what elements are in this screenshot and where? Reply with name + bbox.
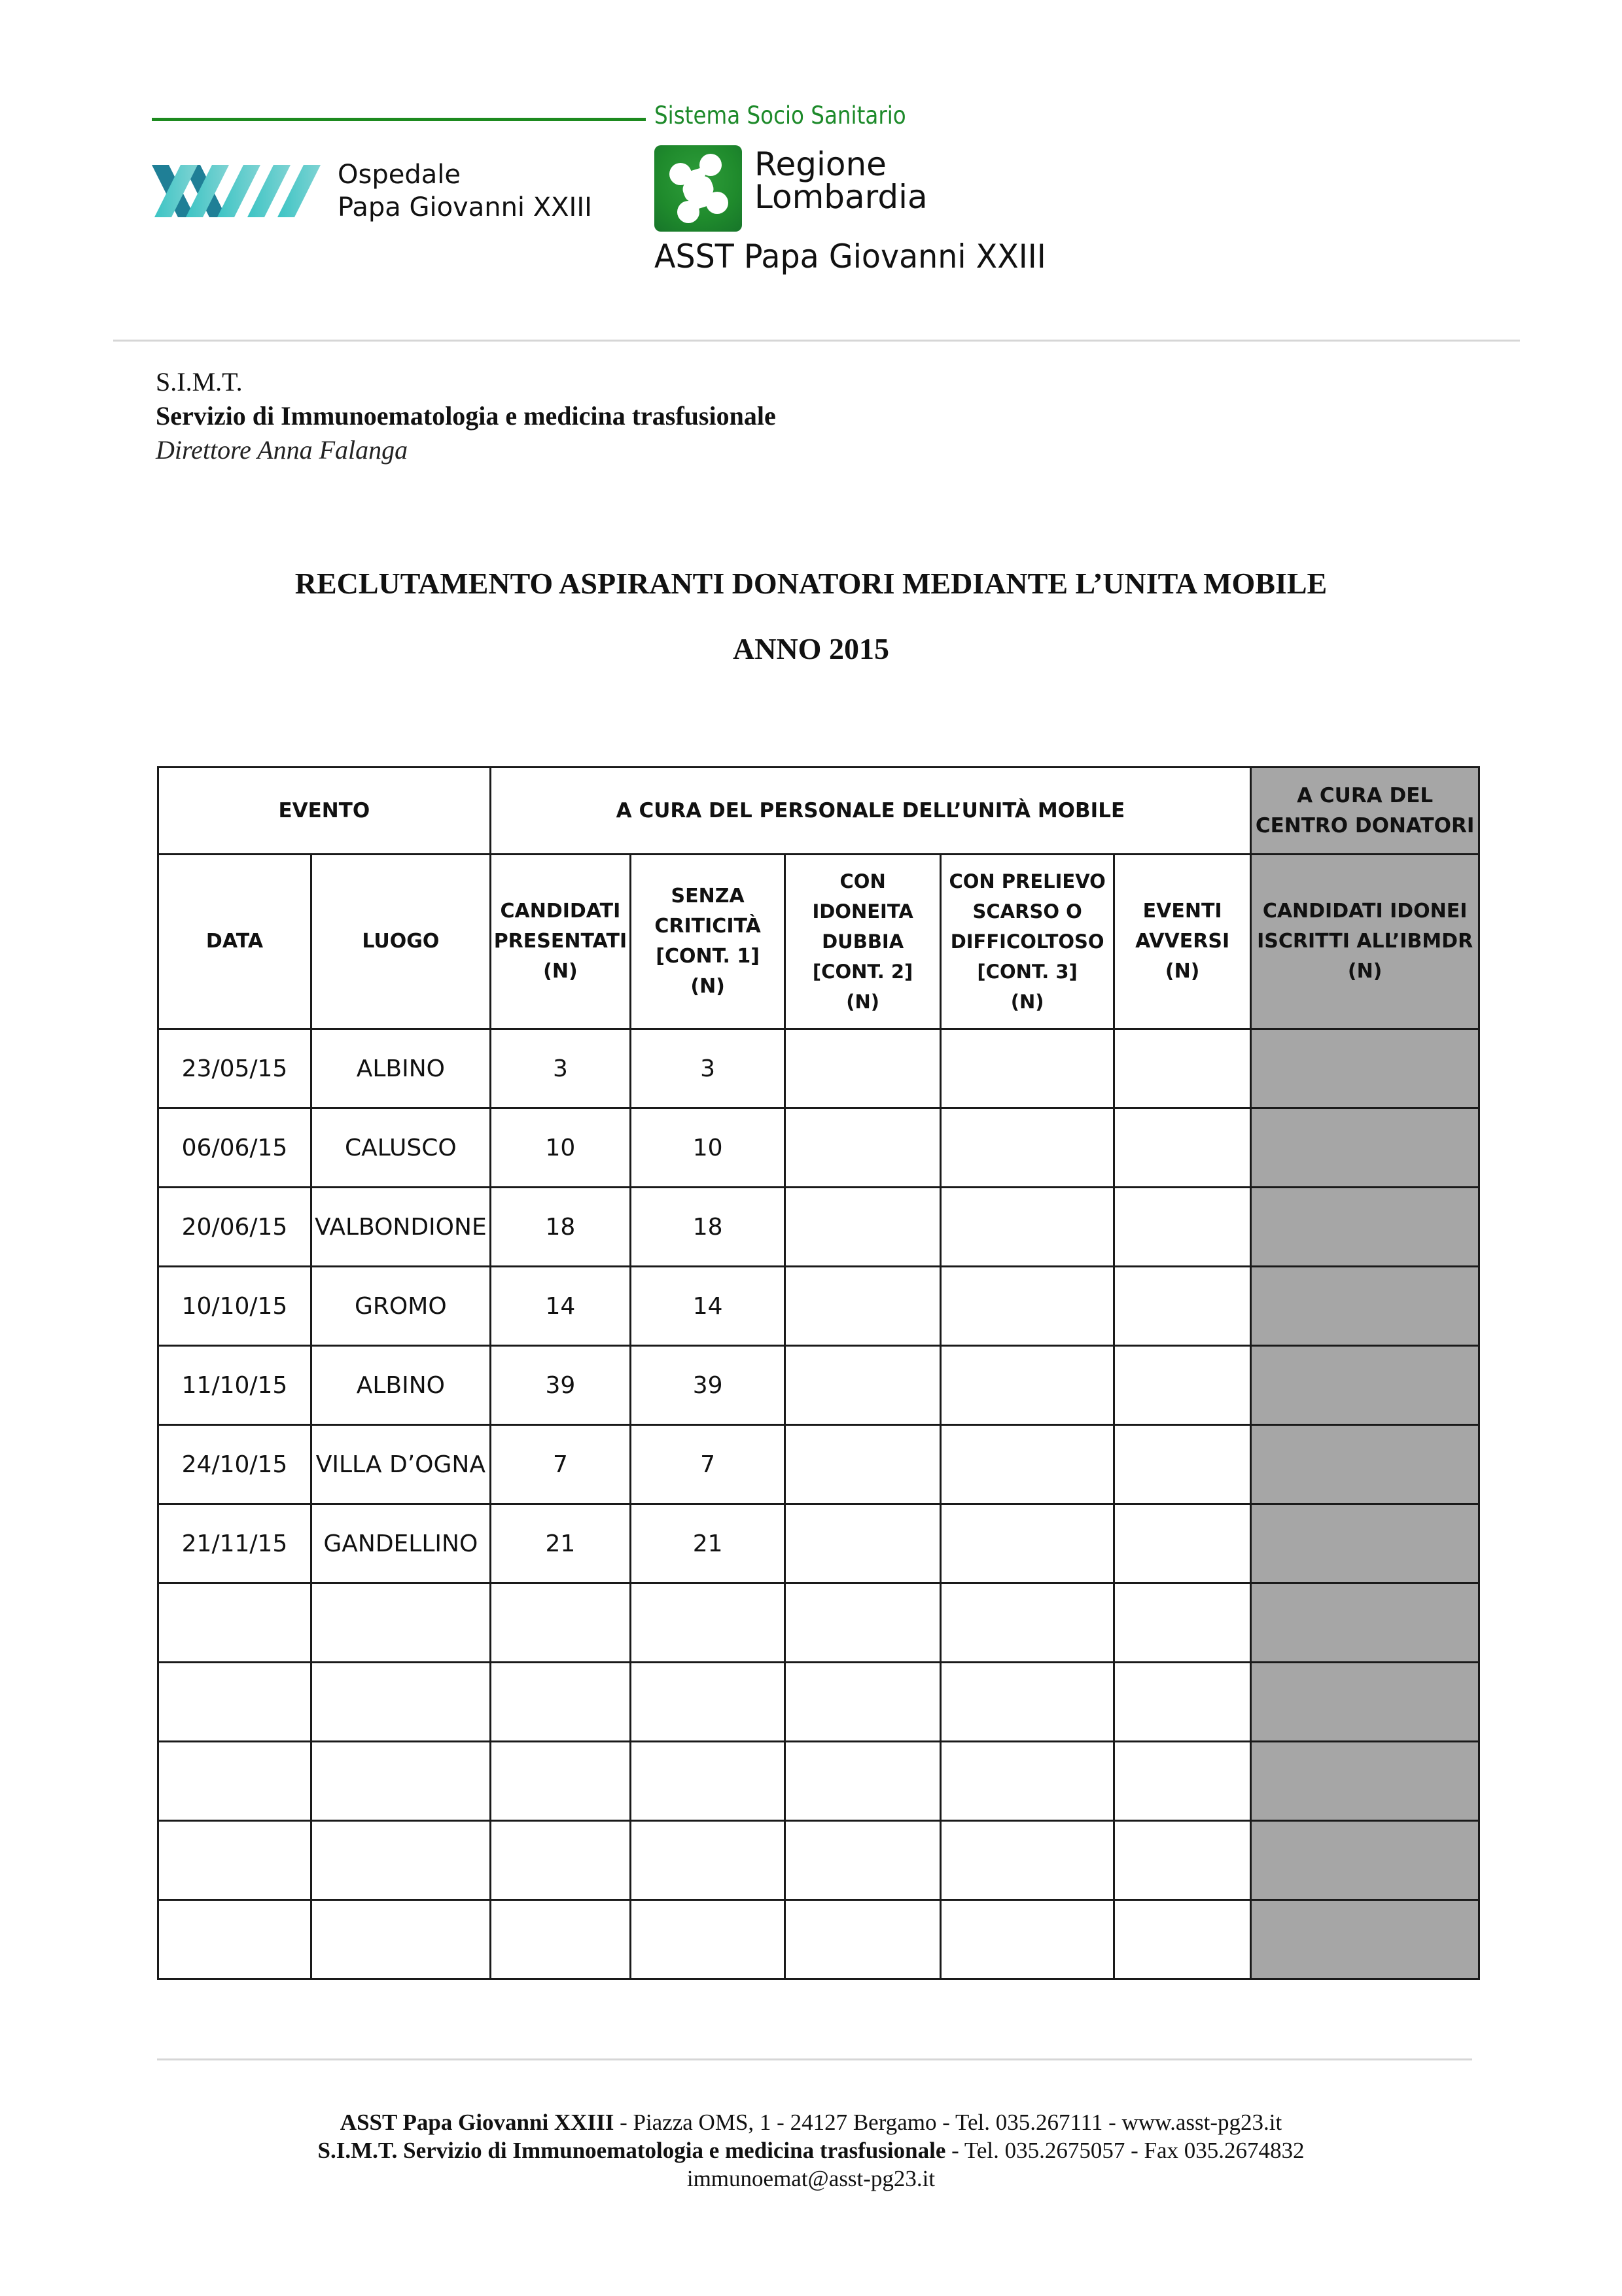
cell-luogo: GANDELLINO xyxy=(311,1504,491,1583)
cell-luogo: ALBINO xyxy=(311,1346,491,1425)
cell-idonei-ibmdr xyxy=(1251,1188,1479,1267)
cell-idoneita-dubbia xyxy=(785,1029,941,1108)
table-column-header-row: DATALUOGOCANDIDATIPRESENTATI(N)SENZACRIT… xyxy=(158,855,1479,1029)
cell-data: 23/05/15 xyxy=(158,1029,311,1108)
cell-senza-criticita: 10 xyxy=(631,1108,785,1188)
cell-idoneita-dubbia xyxy=(785,1821,941,1900)
cell-eventi-avversi xyxy=(1114,1663,1251,1742)
cell-idoneita-dubbia xyxy=(785,1188,941,1267)
cell-luogo: GROMO xyxy=(311,1267,491,1346)
table-body: 23/05/15ALBINO3306/06/15CALUSCO101020/06… xyxy=(158,1029,1479,1979)
cell-luogo xyxy=(311,1663,491,1742)
cell-prelievo-scarso xyxy=(941,1188,1114,1267)
xxiii-stripes-logo-icon xyxy=(152,165,325,217)
cell-eventi-avversi xyxy=(1114,1504,1251,1583)
column-header-prelievo-scarso: CON PRELIEVOSCARSO ODIFFICOLTOSO[CONT. 3… xyxy=(941,855,1114,1029)
cell-eventi-avversi xyxy=(1114,1821,1251,1900)
cell-luogo: VALBONDIONE xyxy=(311,1188,491,1267)
cell-senza-criticita: 21 xyxy=(631,1504,785,1583)
table-row: 20/06/15VALBONDIONE1818 xyxy=(158,1188,1479,1267)
cell-idonei-ibmdr xyxy=(1251,1425,1479,1504)
cell-luogo xyxy=(311,1583,491,1663)
cell-idonei-ibmdr xyxy=(1251,1267,1479,1346)
cell-eventi-avversi xyxy=(1114,1346,1251,1425)
regione-lombardia-name: Regione Lombardia xyxy=(754,148,928,213)
footer-divider xyxy=(157,2058,1472,2060)
table-row xyxy=(158,1583,1479,1663)
cell-eventi-avversi xyxy=(1114,1188,1251,1267)
group-header-centro-donatori: A CURA DEL CENTRO DONATORI xyxy=(1251,768,1479,855)
table-row xyxy=(158,1742,1479,1821)
cell-idonei-ibmdr xyxy=(1251,1029,1479,1108)
cell-data: 24/10/15 xyxy=(158,1425,311,1504)
cell-idoneita-dubbia xyxy=(785,1108,941,1188)
table-row xyxy=(158,1821,1479,1900)
cell-idoneita-dubbia xyxy=(785,1742,941,1821)
cell-eventi-avversi xyxy=(1114,1029,1251,1108)
cell-luogo xyxy=(311,1821,491,1900)
cell-idonei-ibmdr xyxy=(1251,1663,1479,1742)
asst-name: ASST Papa Giovanni XXIII xyxy=(654,237,1046,276)
cell-idonei-ibmdr xyxy=(1251,1504,1479,1583)
cell-luogo xyxy=(311,1900,491,1979)
cell-luogo xyxy=(311,1742,491,1821)
table-row: 11/10/15ALBINO3939 xyxy=(158,1346,1479,1425)
cell-prelievo-scarso xyxy=(941,1742,1114,1821)
table-row: 23/05/15ALBINO33 xyxy=(158,1029,1479,1108)
cell-prelievo-scarso xyxy=(941,1267,1114,1346)
document-year: ANNO 2015 xyxy=(0,631,1622,666)
cell-senza-criticita xyxy=(631,1900,785,1979)
cell-candidati-presentati: 39 xyxy=(490,1346,630,1425)
cell-senza-criticita: 39 xyxy=(631,1346,785,1425)
cell-idonei-ibmdr xyxy=(1251,1583,1479,1663)
department-acronym: S.I.M.T. xyxy=(156,365,776,399)
cell-prelievo-scarso xyxy=(941,1821,1114,1900)
cell-candidati-presentati xyxy=(490,1583,630,1663)
cell-idoneita-dubbia xyxy=(785,1583,941,1663)
cell-senza-criticita xyxy=(631,1663,785,1742)
table-row xyxy=(158,1663,1479,1742)
column-header-eventi-avversi: EVENTIAVVERSI(N) xyxy=(1114,855,1251,1029)
cell-prelievo-scarso xyxy=(941,1108,1114,1188)
column-header-senza-criticita: SENZACRITICITÀ[CONT. 1](N) xyxy=(631,855,785,1029)
cell-eventi-avversi xyxy=(1114,1900,1251,1979)
regione-lombardia-logo-icon xyxy=(654,145,742,232)
cell-data xyxy=(158,1900,311,1979)
department-block: S.I.M.T. Servizio di Immunoematologia e … xyxy=(156,365,776,467)
cell-eventi-avversi xyxy=(1114,1583,1251,1663)
footer: ASST Papa Giovanni XXIII - Piazza OMS, 1… xyxy=(0,2108,1622,2193)
cell-idoneita-dubbia xyxy=(785,1663,941,1742)
cell-idoneita-dubbia xyxy=(785,1900,941,1979)
cell-idonei-ibmdr xyxy=(1251,1821,1479,1900)
rosa-camuna-icon xyxy=(654,145,742,232)
footer-email: immunoemat@asst-pg23.it xyxy=(0,2164,1622,2193)
cell-prelievo-scarso xyxy=(941,1346,1114,1425)
table-row: 21/11/15GANDELLINO2121 xyxy=(158,1504,1479,1583)
cell-data: 20/06/15 xyxy=(158,1188,311,1267)
cell-eventi-avversi xyxy=(1114,1267,1251,1346)
cell-candidati-presentati: 3 xyxy=(490,1029,630,1108)
cell-senza-criticita: 18 xyxy=(631,1188,785,1267)
cell-senza-criticita: 14 xyxy=(631,1267,785,1346)
cell-eventi-avversi xyxy=(1114,1425,1251,1504)
cell-candidati-presentati xyxy=(490,1900,630,1979)
cell-luogo: ALBINO xyxy=(311,1029,491,1108)
table-group-header-row: EVENTO A CURA DEL PERSONALE DELL’UNITÀ M… xyxy=(158,768,1479,855)
cell-idoneita-dubbia xyxy=(785,1346,941,1425)
cell-senza-criticita xyxy=(631,1583,785,1663)
cell-prelievo-scarso xyxy=(941,1504,1114,1583)
header-green-rule xyxy=(152,118,646,121)
hospital-name: Ospedale Papa Giovanni XXIII xyxy=(338,158,592,224)
column-header-luogo: LUOGO xyxy=(311,855,491,1029)
cell-prelievo-scarso xyxy=(941,1583,1114,1663)
cell-senza-criticita xyxy=(631,1742,785,1821)
cell-candidati-presentati: 10 xyxy=(490,1108,630,1188)
cell-idonei-ibmdr xyxy=(1251,1108,1479,1188)
table-row: 24/10/15VILLA D’OGNA77 xyxy=(158,1425,1479,1504)
cell-idoneita-dubbia xyxy=(785,1267,941,1346)
cell-prelievo-scarso xyxy=(941,1663,1114,1742)
table-row: 10/10/15GROMO1414 xyxy=(158,1267,1479,1346)
cell-eventi-avversi xyxy=(1114,1108,1251,1188)
cell-senza-criticita: 3 xyxy=(631,1029,785,1108)
recruitment-table: EVENTO A CURA DEL PERSONALE DELL’UNITÀ M… xyxy=(157,766,1480,1980)
cell-data: 06/06/15 xyxy=(158,1108,311,1188)
cell-data: 11/10/15 xyxy=(158,1346,311,1425)
group-header-unita-mobile: A CURA DEL PERSONALE DELL’UNITÀ MOBILE xyxy=(490,768,1250,855)
cell-prelievo-scarso xyxy=(941,1425,1114,1504)
document-title: RECLUTAMENTO ASPIRANTI DONATORI MEDIANTE… xyxy=(0,566,1622,601)
cell-data xyxy=(158,1821,311,1900)
sistema-socio-sanitario-label: Sistema Socio Sanitario xyxy=(654,101,906,130)
column-header-idonei-ibmdr: CANDIDATI IDONEIISCRITTI ALL’IBMDR(N) xyxy=(1251,855,1479,1029)
cell-candidati-presentati xyxy=(490,1742,630,1821)
cell-data xyxy=(158,1583,311,1663)
department-name: Servizio di Immunoematologia e medicina … xyxy=(156,399,776,433)
column-header-data: DATA xyxy=(158,855,311,1029)
group-header-evento: EVENTO xyxy=(158,768,491,855)
cell-luogo: VILLA D’OGNA xyxy=(311,1425,491,1504)
cell-luogo: CALUSCO xyxy=(311,1108,491,1188)
cell-candidati-presentati: 14 xyxy=(490,1267,630,1346)
cell-data: 21/11/15 xyxy=(158,1504,311,1583)
cell-prelievo-scarso xyxy=(941,1900,1114,1979)
cell-data: 10/10/15 xyxy=(158,1267,311,1346)
cell-idoneita-dubbia xyxy=(785,1504,941,1583)
cell-candidati-presentati: 7 xyxy=(490,1425,630,1504)
cell-candidati-presentati: 21 xyxy=(490,1504,630,1583)
column-header-candidati-presentati: CANDIDATIPRESENTATI(N) xyxy=(490,855,630,1029)
cell-prelievo-scarso xyxy=(941,1029,1114,1108)
cell-senza-criticita: 7 xyxy=(631,1425,785,1504)
column-header-idoneita-dubbia: CONIDONEITADUBBIA[CONT. 2](N) xyxy=(785,855,941,1029)
cell-data xyxy=(158,1742,311,1821)
cell-candidati-presentati xyxy=(490,1663,630,1742)
table-row: 06/06/15CALUSCO1010 xyxy=(158,1108,1479,1188)
header-divider xyxy=(113,340,1520,342)
cell-candidati-presentati: 18 xyxy=(490,1188,630,1267)
cell-senza-criticita xyxy=(631,1821,785,1900)
cell-data xyxy=(158,1663,311,1742)
department-director: Direttore Anna Falanga xyxy=(156,433,776,467)
cell-idonei-ibmdr xyxy=(1251,1742,1479,1821)
footer-line-address: ASST Papa Giovanni XXIII - Piazza OMS, 1… xyxy=(0,2108,1622,2136)
cell-eventi-avversi xyxy=(1114,1742,1251,1821)
table-row xyxy=(158,1900,1479,1979)
cell-idonei-ibmdr xyxy=(1251,1346,1479,1425)
footer-line-department: S.I.M.T. Servizio di Immunoematologia e … xyxy=(0,2136,1622,2164)
cell-idonei-ibmdr xyxy=(1251,1900,1479,1979)
cell-idoneita-dubbia xyxy=(785,1425,941,1504)
cell-candidati-presentati xyxy=(490,1821,630,1900)
